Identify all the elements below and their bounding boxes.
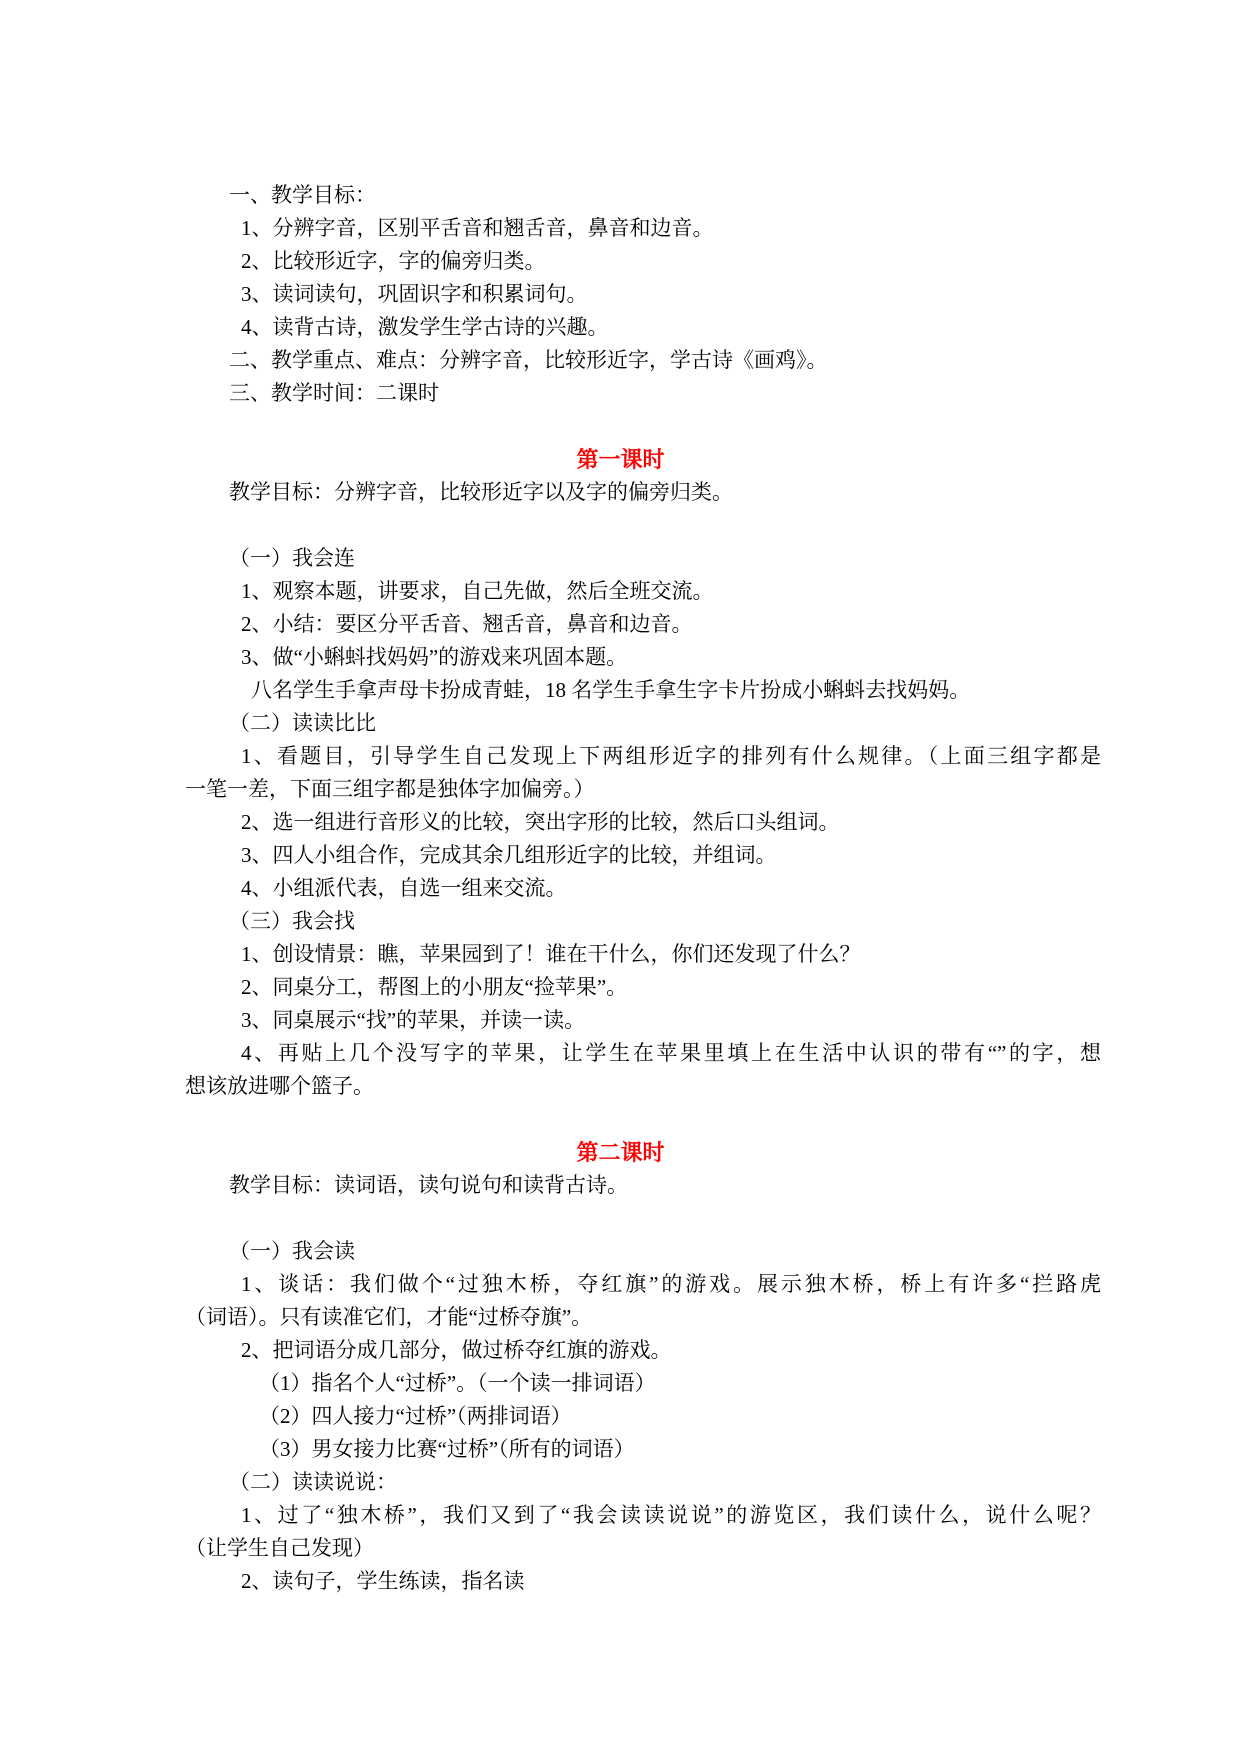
doc-line: （一）我会连 <box>185 542 1101 575</box>
doc-line: 1、谈话：我们做个“过独木桥，夺红旗”的游戏。展示独木桥，桥上有许多“拦路虎 <box>185 1268 1101 1301</box>
doc-line: 4、小组派代表，自选一组来交流。 <box>185 872 1101 905</box>
doc-line: 1、过了“独木桥”，我们又到了“我会读读说说”的游览区，我们读什么，说什么呢？ <box>185 1499 1101 1532</box>
doc-line: 三、教学时间：二课时 <box>185 377 1101 410</box>
doc-line: 2、比较形近字，字的偏旁归类。 <box>185 245 1101 278</box>
session-heading: 第一课时 <box>0 443 1241 476</box>
blank-line <box>185 509 1101 542</box>
doc-line: 二、教学重点、难点：分辨字音，比较形近字，学古诗《画鸡》。 <box>185 344 1101 377</box>
doc-line: 1、看题目，引导学生自己发现上下两组形近字的排列有什么规律。（上面三组字都是 <box>185 740 1101 773</box>
doc-line: 2、把词语分成几部分，做过桥夺红旗的游戏。 <box>185 1334 1101 1367</box>
doc-line: （一）我会读 <box>185 1235 1101 1268</box>
doc-line: 3、做“小蝌蚪找妈妈”的游戏来巩固本题。 <box>185 641 1101 674</box>
blank-line <box>185 1103 1101 1136</box>
doc-line: （1）指名个人“过桥”。（一个读一排词语） <box>185 1367 1101 1400</box>
doc-line: 3、四人小组合作，完成其余几组形近字的比较，并组词。 <box>185 839 1101 872</box>
doc-line: 3、读词读句，巩固识字和积累词句。 <box>185 278 1101 311</box>
doc-line: 1、分辨字音，区别平舌音和翘舌音，鼻音和边音。 <box>185 212 1101 245</box>
doc-line: 一笔一差，下面三组字都是独体字加偏旁。） <box>185 773 1101 806</box>
doc-line: 1、创设情景：瞧，苹果园到了！谁在干什么，你们还发现了什么？ <box>185 938 1101 971</box>
doc-line: （3）男女接力比赛“过桥”（所有的词语） <box>185 1433 1101 1466</box>
session-heading: 第二课时 <box>0 1136 1241 1169</box>
doc-line: （词语）。只有读准它们，才能“过桥夺旗”。 <box>185 1301 1101 1334</box>
doc-line: 八名学生手拿声母卡扮成青蛙，18 名学生手拿生字卡片扮成小蝌蚪去找妈妈。 <box>185 674 1101 707</box>
doc-line: 3、同桌展示“找”的苹果，并读一读。 <box>185 1004 1101 1037</box>
doc-line: 2、选一组进行音形义的比较，突出字形的比较，然后口头组词。 <box>185 806 1101 839</box>
doc-line: 教学目标：读词语，读句说句和读背古诗。 <box>185 1169 1101 1202</box>
doc-line: 1、观察本题，讲要求，自己先做，然后全班交流。 <box>185 575 1101 608</box>
doc-line: （二）读读说说： <box>185 1466 1101 1499</box>
doc-line: 4、读背古诗，激发学生学古诗的兴趣。 <box>185 311 1101 344</box>
doc-line: （三）我会找 <box>185 905 1101 938</box>
doc-line: 一、教学目标： <box>185 179 1101 212</box>
doc-line: 教学目标：分辨字音，比较形近字以及字的偏旁归类。 <box>185 476 1101 509</box>
doc-line: 想该放进哪个篮子。 <box>185 1070 1101 1103</box>
doc-line: 2、读句子，学生练读，指名读 <box>185 1565 1101 1598</box>
doc-line: （2）四人接力“过桥”（两排词语） <box>185 1400 1101 1433</box>
doc-line: （二）读读比比 <box>185 707 1101 740</box>
document-page: 一、教学目标：1、分辨字音，区别平舌音和翘舌音，鼻音和边音。2、比较形近字，字的… <box>0 0 1241 1754</box>
doc-line: （让学生自己发现） <box>185 1532 1101 1565</box>
blank-line <box>185 1202 1101 1235</box>
doc-line: 2、小结：要区分平舌音、翘舌音，鼻音和边音。 <box>185 608 1101 641</box>
document-body: 一、教学目标：1、分辨字音，区别平舌音和翘舌音，鼻音和边音。2、比较形近字，字的… <box>185 179 1101 1598</box>
doc-line: 2、同桌分工，帮图上的小朋友“捡苹果”。 <box>185 971 1101 1004</box>
blank-line <box>185 410 1101 443</box>
doc-line: 4、再贴上几个没写字的苹果，让学生在苹果里填上在生活中认识的带有“”的字，想 <box>185 1037 1101 1070</box>
